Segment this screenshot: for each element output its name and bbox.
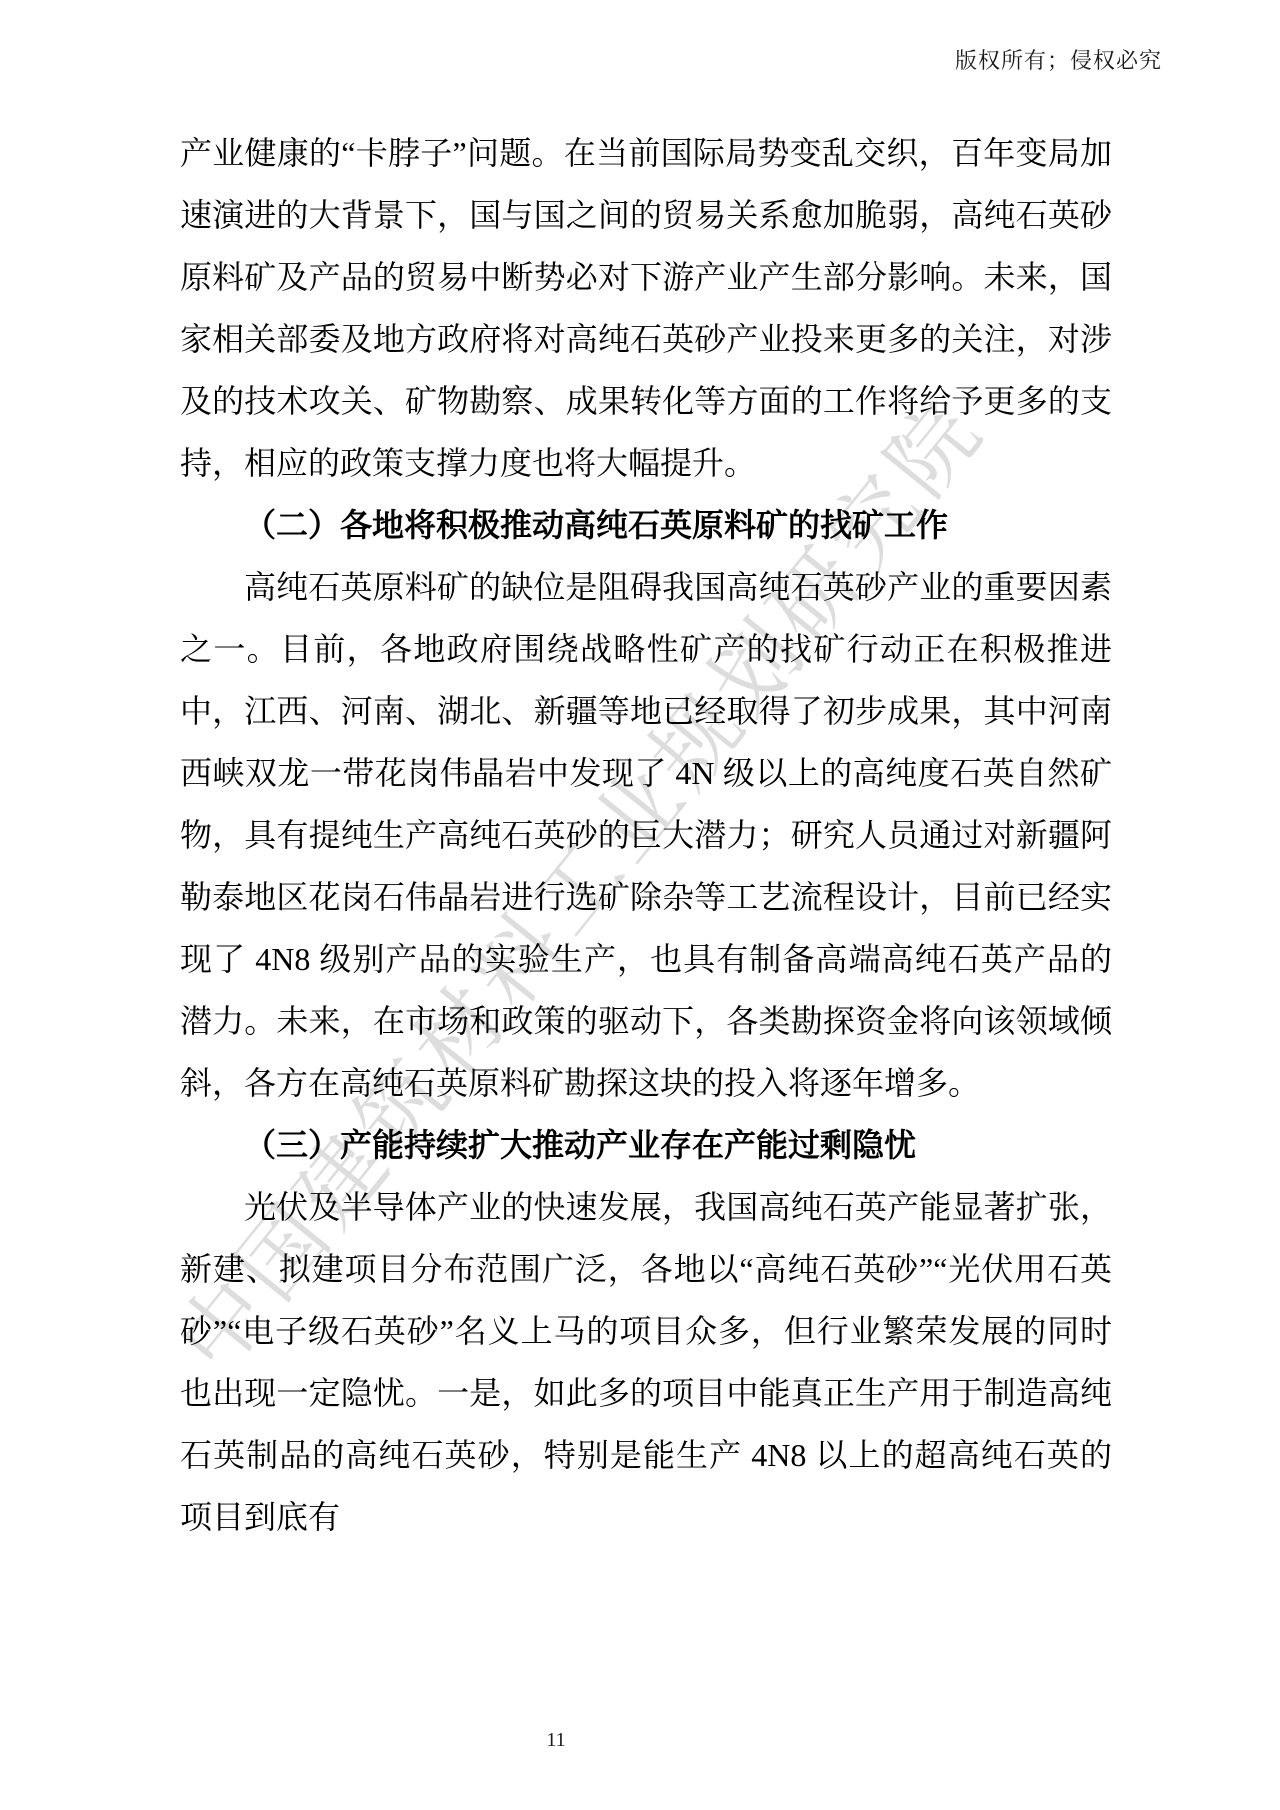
page-number: 11 [546, 1729, 565, 1752]
document-body: 产业健康的“卡脖子”问题。在当前国际局势变乱交织，百年变局加速演进的大背景下，国… [180, 122, 1112, 1548]
document-page: 版权所有；侵权必究 中国建筑材料工业规划研究院 产业健康的“卡脖子”问题。在当前… [0, 0, 1280, 1810]
paragraph-section-3: 光伏及半导体产业的快速发展，我国高纯石英产能显著扩张，新建、拟建项目分布范围广泛… [180, 1176, 1112, 1548]
copyright-header: 版权所有；侵权必究 [955, 44, 1162, 75]
paragraph-continuation: 产业健康的“卡脖子”问题。在当前国际局势变乱交织，百年变局加速演进的大背景下，国… [180, 122, 1112, 494]
paragraph-section-2: 高纯石英原料矿的缺位是阻碍我国高纯石英砂产业的重要因素之一。目前，各地政府围绕战… [180, 556, 1112, 1114]
section-heading-2: （二）各地将积极推动高纯石英原料矿的找矿工作 [180, 494, 1112, 556]
section-heading-3: （三）产能持续扩大推动产业存在产能过剩隐忧 [180, 1114, 1112, 1176]
